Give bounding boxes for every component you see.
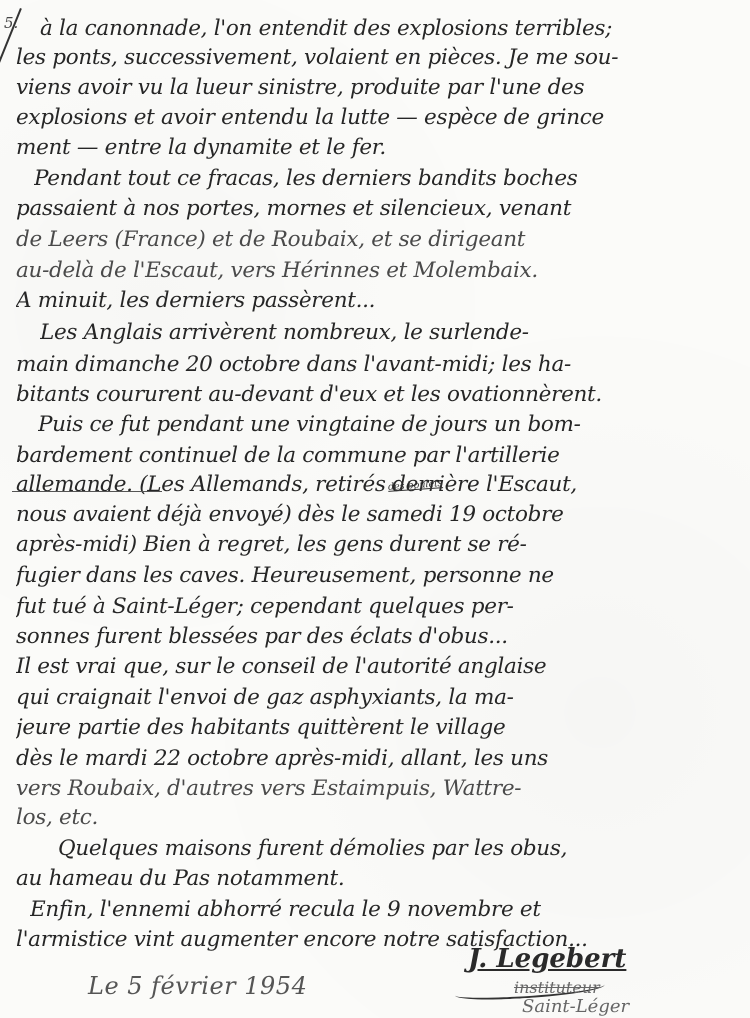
text-line: ment — entre la dynamite et le fer.	[16, 133, 748, 163]
text-line: explosions et avoir entendu la lutte — e…	[16, 103, 748, 133]
text-line: fut tué à Saint-Léger; cependant quelque…	[16, 592, 748, 622]
handwritten-letter-page: 5. à la canonnade, l'on entendit des exp…	[0, 0, 750, 1018]
text-line: bitants coururent au-devant d'eux et les…	[16, 380, 748, 410]
text-line: bardement continuel de la commune par l'…	[16, 441, 748, 471]
text-line: viens avoir vu la lueur sinistre, produi…	[16, 73, 748, 103]
text-line: A minuit, les derniers passèrent...	[16, 286, 748, 316]
text-line: qui craignait l'envoi de gaz asphyxiants…	[16, 683, 748, 713]
text-line: de Leers (France) et de Roubaix, et se d…	[16, 225, 748, 255]
text-line: vers Roubaix, d'autres vers Estaimpuis, …	[16, 774, 748, 804]
paragraph-start-line: Quelques maisons furent démolies par les…	[58, 834, 748, 864]
text-line: los, etc.	[16, 803, 748, 833]
paragraph-start-line: Enfin, l'ennemi abhorré recula le 9 nove…	[30, 895, 748, 925]
underline-mark	[12, 491, 162, 492]
signature: J. Legebert	[468, 944, 626, 974]
text-line: fugier dans les caves. Heureusement, per…	[16, 561, 748, 591]
text-line: les ponts, successivement, volaient en p…	[16, 43, 748, 73]
text-line: dès le mardi 22 octobre après-midi, alla…	[16, 744, 748, 774]
text-line: après-midi) Bien à regret, les gens dure…	[16, 530, 748, 560]
text-line: l'armistice vint augmenter encore notre …	[16, 925, 748, 955]
text-line: à la canonnade, l'on entendit des explos…	[40, 14, 748, 44]
letter-date: Le 5 février 1954	[88, 972, 307, 1000]
text-line: main dimanche 20 octobre dans l'avant-mi…	[16, 350, 748, 380]
text-line: Il est vrai que, sur le conseil de l'aut…	[16, 652, 748, 682]
text-line: sonnes furent blessées par des éclats d'…	[16, 622, 748, 652]
text-line: allemande. (Les Allemands, retirés derri…	[16, 470, 748, 500]
paragraph-start-line: Pendant tout ce fracas, les derniers ban…	[34, 164, 748, 194]
text-line: passaient à nos portes, mornes et silenc…	[16, 194, 748, 224]
text-line: au-delà de l'Escaut, vers Hérinnes et Mo…	[16, 256, 748, 286]
paragraph-start-line: Les Anglais arrivèrent nombreux, le surl…	[40, 318, 748, 348]
signature-title: instituteur	[514, 978, 600, 997]
text-line: jeure partie des habitants quittèrent le…	[16, 713, 748, 743]
paragraph-start-line: Puis ce fut pendant une vingtaine de jou…	[38, 410, 748, 440]
text-line: au hameau du Pas notamment.	[16, 864, 748, 894]
signature-place: Saint-Léger	[522, 996, 629, 1017]
text-line: nous avaient déjà envoyé) dès le samedi …	[16, 500, 748, 530]
